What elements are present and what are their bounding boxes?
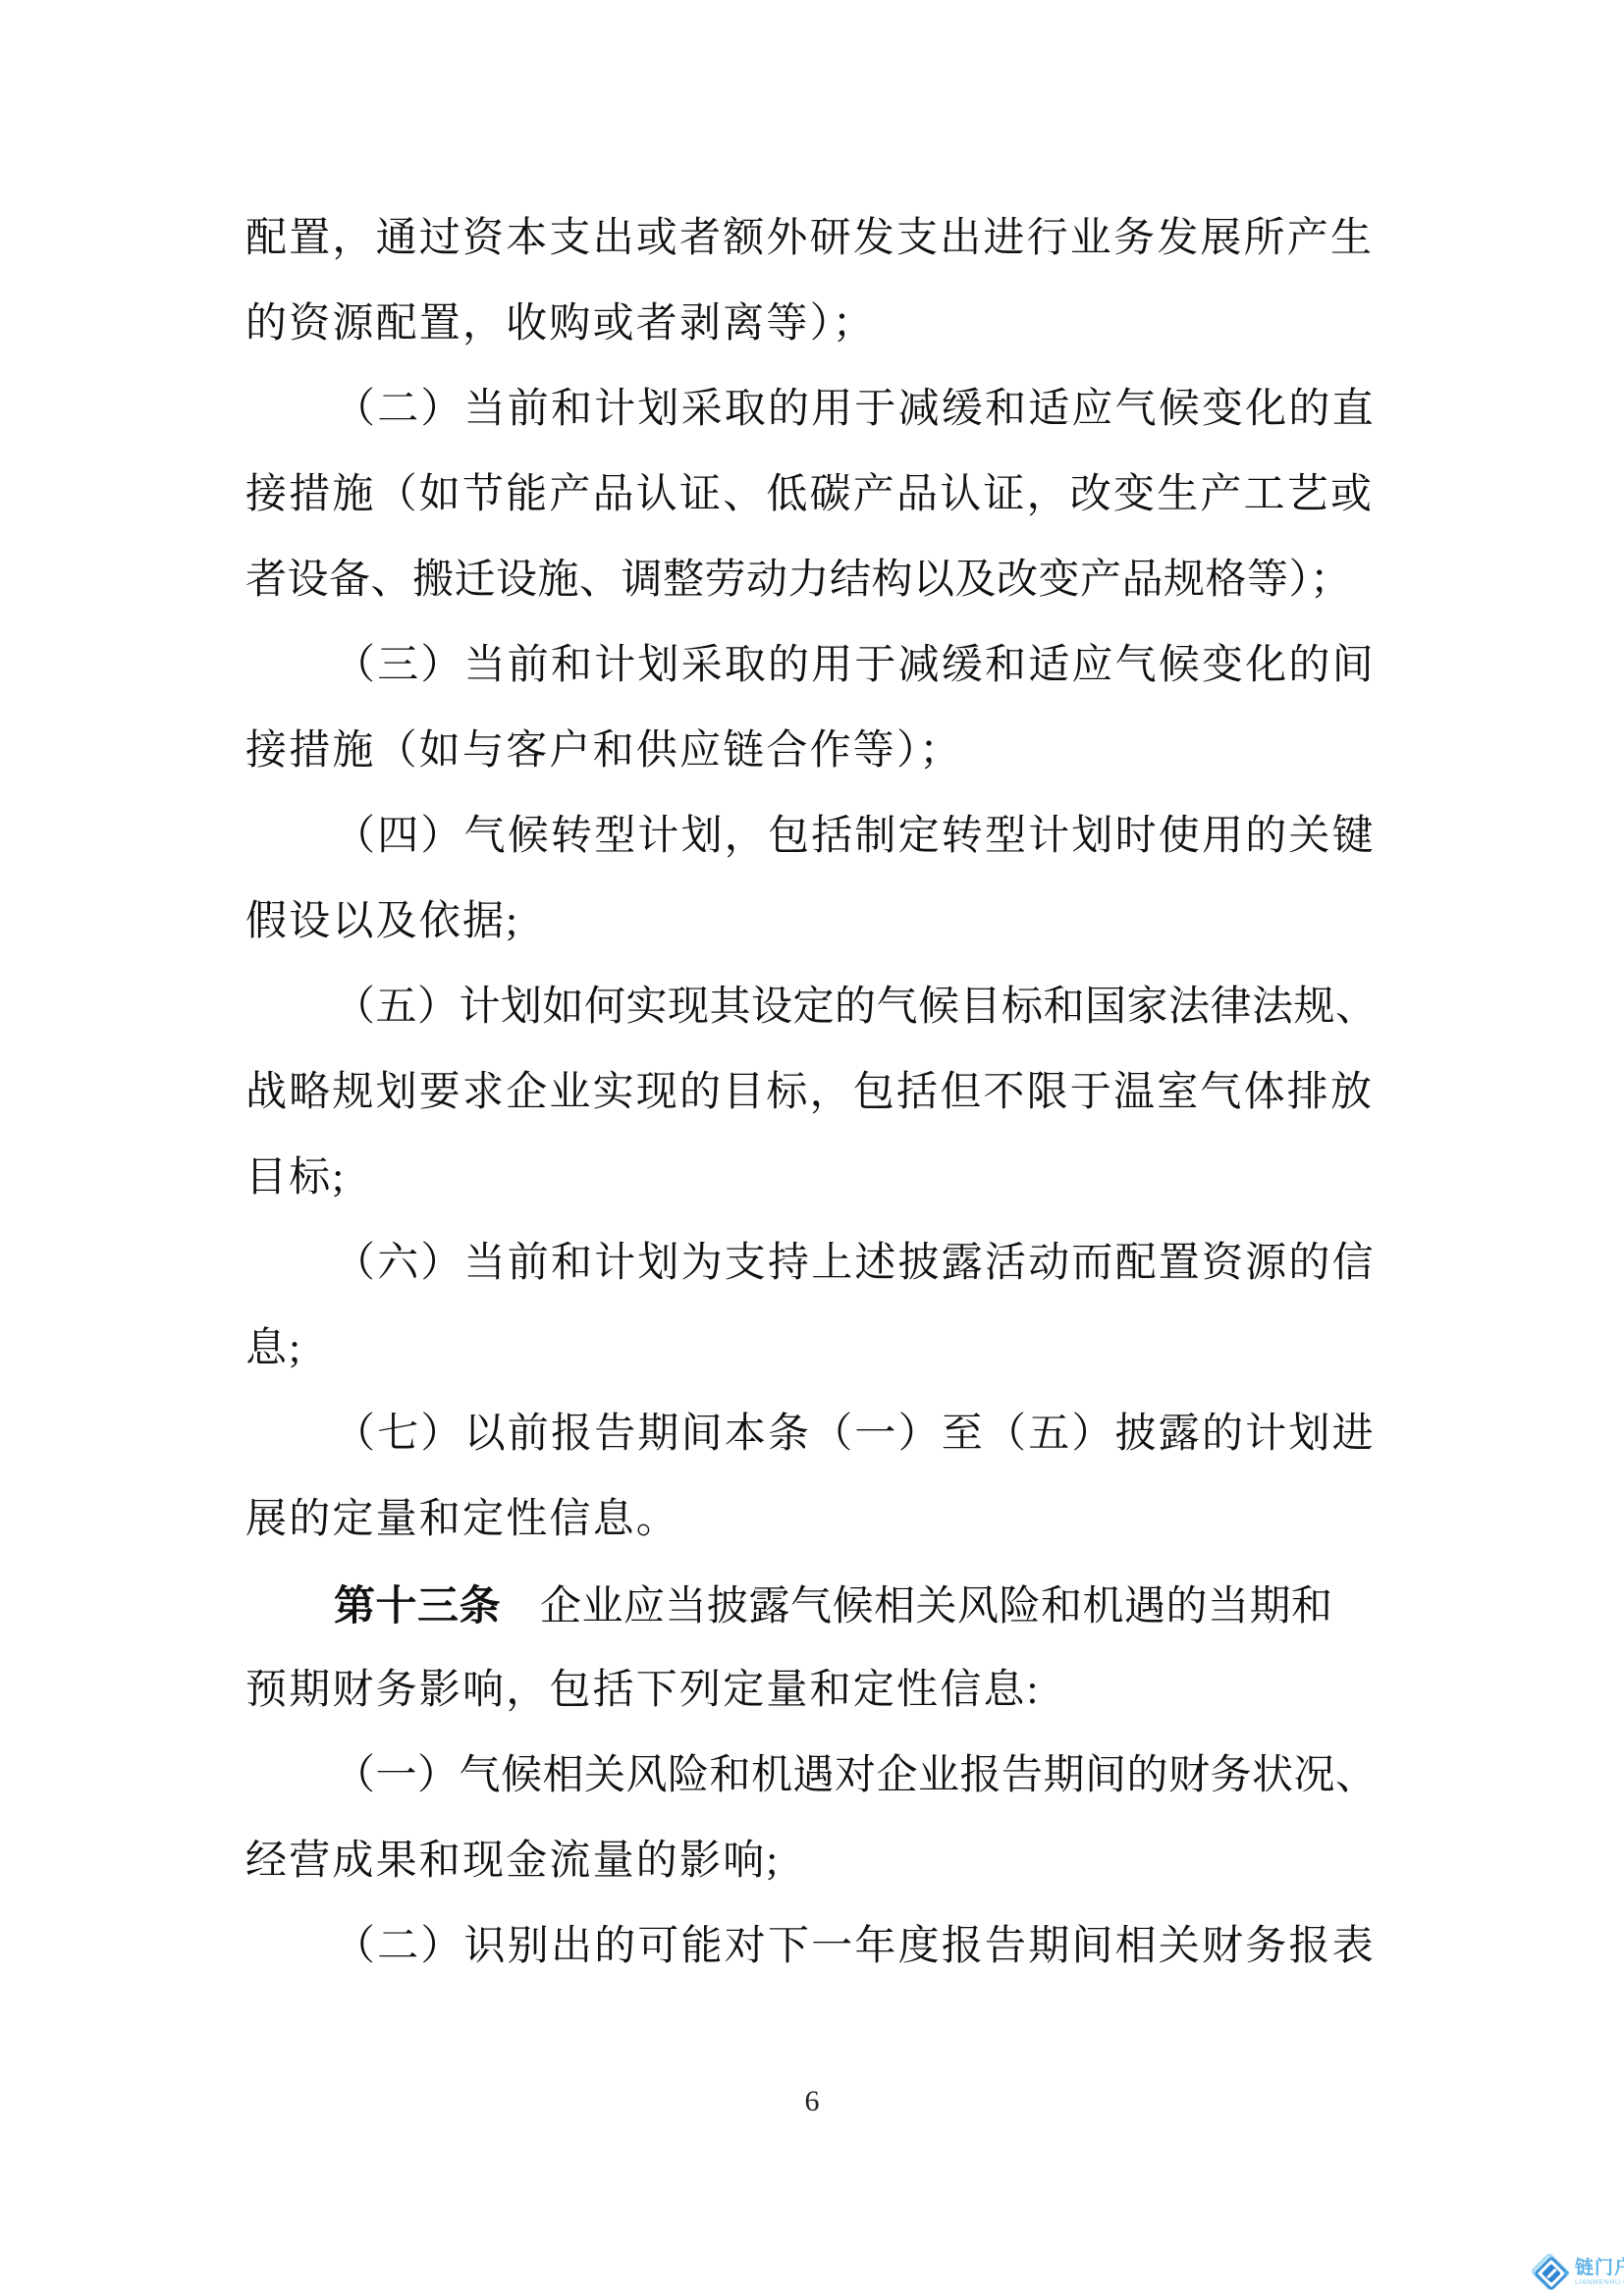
doc-line: 息; [245, 1307, 1377, 1392]
page-number: 6 [0, 2085, 1624, 2118]
watermark-name: 链门户 [1575, 2258, 1624, 2278]
doc-line: 预期财务影响，包括下列定量和定性信息: [245, 1648, 1377, 1734]
doc-line: 接措施（如节能产品认证、低碳产品认证，改变生产工艺或 [245, 453, 1377, 538]
doc-line: （五）计划如何实现其设定的气候目标和国家法律法规、 [245, 965, 1377, 1050]
doc-line: （二）识别出的可能对下一年度报告期间相关财务报表 [245, 1904, 1377, 1990]
doc-line: （二）当前和计划采取的用于减缓和适应气候变化的直 [245, 367, 1377, 453]
doc-line: （三）当前和计划采取的用于减缓和适应气候变化的间 [245, 623, 1377, 709]
doc-line: 战略规划要求企业实现的目标，包括但不限于温室气体排放 [245, 1050, 1377, 1136]
doc-line: 的资源配置，收购或者剥离等）； [245, 282, 1377, 367]
doc-line: 目标; [245, 1136, 1377, 1221]
lianmenhu-watermark: 链门户 LIANMENHU.COM [1531, 2251, 1623, 2294]
watermark-domain: LIANMENHU.COM [1575, 2278, 1624, 2287]
document-text-block: 配置，通过资本支出或者额外研发支出进行业务发展所产生 的资源配置，收购或者剥离等… [245, 196, 1377, 1990]
doc-line: 第十三条企业应当披露气候相关风险和机遇的当期和 [245, 1563, 1377, 1648]
doc-line: 展的定量和定性信息。 [245, 1477, 1377, 1563]
document-page: 配置，通过资本支出或者额外研发支出进行业务发展所产生 的资源配置，收购或者剥离等… [0, 0, 1624, 2296]
doc-line: 配置，通过资本支出或者额外研发支出进行业务发展所产生 [245, 196, 1377, 282]
article-text: 企业应当披露气候相关风险和机遇的当期和 [540, 1584, 1333, 1629]
doc-line: 者设备、搬迁设施、调整劳动力结构以及改变产品规格等）； [245, 538, 1377, 623]
doc-line: （一）气候相关风险和机遇对企业报告期间的财务状况、 [245, 1734, 1377, 1819]
doc-line: 经营成果和现金流量的影响; [245, 1819, 1377, 1904]
doc-line: （六）当前和计划为支持上述披露活动而配置资源的信 [245, 1221, 1377, 1307]
doc-line: 接措施（如与客户和供应链合作等）； [245, 709, 1377, 794]
article-number-bold: 第十三条 [334, 1582, 501, 1629]
doc-line: 假设以及依据; [245, 880, 1377, 965]
lianmenhu-diamond-icon [1531, 2253, 1570, 2292]
lianmenhu-text: 链门户 LIANMENHU.COM [1575, 2258, 1624, 2287]
doc-line: （四）气候转型计划，包括制定转型计划时使用的关键 [245, 794, 1377, 880]
doc-line: （七）以前报告期间本条（一）至（五）披露的计划进 [245, 1392, 1377, 1477]
